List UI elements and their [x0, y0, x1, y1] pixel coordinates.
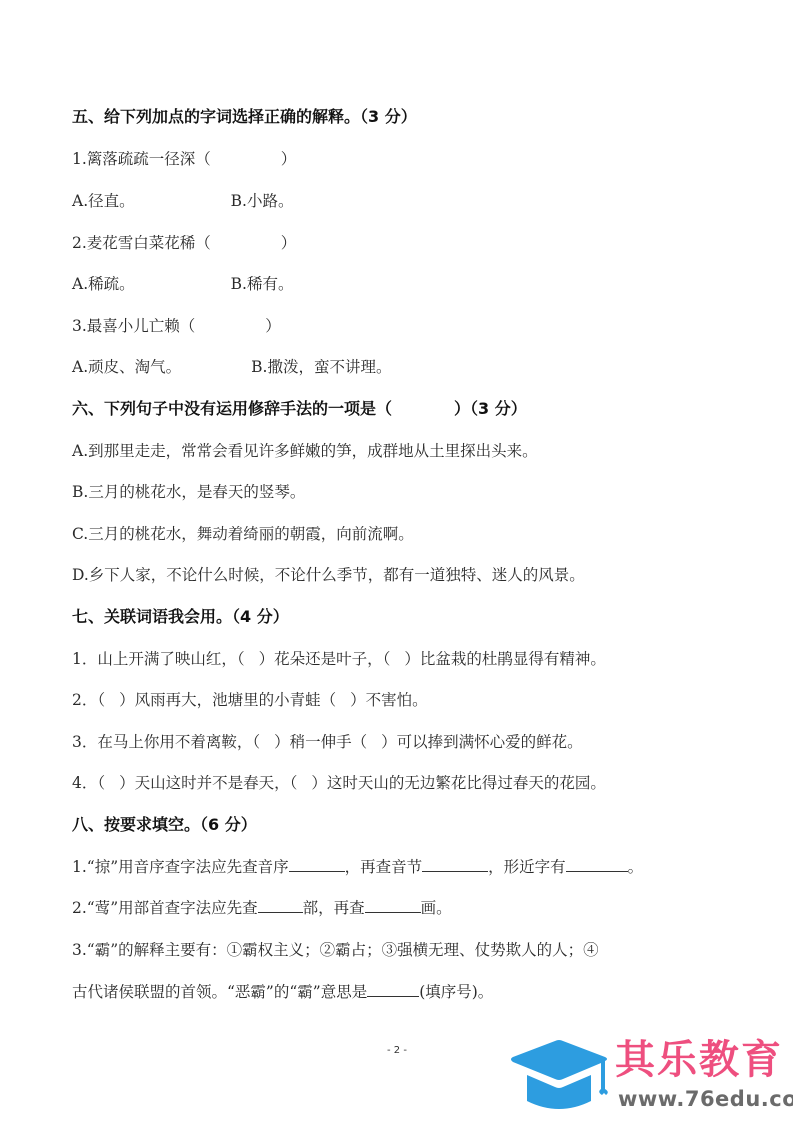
- page-number: - 2 -: [387, 1045, 407, 1056]
- text-part: 2．（: [72, 691, 105, 709]
- question-text: 2.麦花雪白菜花稀（: [72, 234, 211, 252]
- brand-name: 其乐教育: [615, 1037, 783, 1083]
- title-prefix: 六、下列句子中没有运用修辞手法的一项是（: [72, 399, 392, 418]
- text-part: 1．山上开满了映山红，（: [72, 650, 245, 668]
- question-8-2: 2.“莺”用部首查字法应先查部，再查画。: [72, 898, 452, 918]
- option-a: A.顽皮、淘气。: [72, 358, 181, 376]
- question-8-3-line2: 古代诸侯联盟的首领。“恶霸”的“霸”意思是(填序号)。: [72, 982, 493, 1002]
- options-5-1: A.径直。B.小路。: [72, 191, 293, 211]
- close-paren: ）: [281, 234, 297, 252]
- text-part: ）比盆栽的杜鹃显得有精神。: [404, 650, 606, 668]
- question-text: 1.篱落疏疏一径深（: [72, 150, 211, 168]
- question-5-2: 2.麦花雪白菜花稀（）: [72, 233, 296, 253]
- question-8-3-line1: 3.“霸”的解释主要有：①霸权主义；②霸占；③强横无理、仗势欺人的人；④: [72, 940, 599, 960]
- option-b: B.撒泼，蛮不讲理。: [251, 358, 391, 376]
- text-part: ）风雨再大，池塘里的小青蛙（: [119, 691, 336, 709]
- option-6-a: A.到那里走走，常常会看见许多鲜嫩的笋，成群地从土里探出头来。: [72, 441, 538, 461]
- text-part: ）花朵还是叶子，（: [259, 650, 391, 668]
- title-suffix: ）（3 分）: [454, 399, 527, 418]
- text-part: 2.“莺”用部首查字法应先查: [72, 899, 258, 917]
- section-7-title: 七、关联词语我会用。（4 分）: [72, 607, 289, 627]
- text-part: ）天山这时并不是春天，（: [119, 774, 297, 792]
- question-7-3: 3．在马上你用不着离鞍，（）稍一伸手（）可以捧到满怀心爱的鲜花。: [72, 732, 583, 752]
- text-part: 1.“掠”用音序查字法应先查音序: [72, 858, 289, 876]
- text-part: ）可以捧到满怀心爱的鲜花。: [381, 733, 583, 751]
- text-part: ）这时天山的无边繁花比得过春天的花园。: [311, 774, 606, 792]
- text-part: 4．（: [72, 774, 105, 792]
- text-part: ）稍一伸手（: [274, 733, 367, 751]
- option-6-b: B.三月的桃花水，是春天的竖琴。: [72, 482, 305, 502]
- question-5-3: 3.最喜小儿亡赖（）: [72, 316, 281, 336]
- text-part: ）不害怕。: [350, 691, 428, 709]
- graduation-cap-icon: [505, 1035, 613, 1115]
- question-text: 3.最喜小儿亡赖（: [72, 317, 195, 335]
- answer-blank[interactable]: [566, 857, 628, 872]
- text-part: 画。: [421, 899, 452, 917]
- option-b: B.稀有。: [231, 275, 294, 293]
- section-6-title: 六、下列句子中没有运用修辞手法的一项是（）（3 分）: [72, 399, 527, 419]
- text-part: 。: [628, 858, 644, 876]
- question-7-2: 2．（）风雨再大，池塘里的小青蛙（）不害怕。: [72, 690, 428, 710]
- question-7-1: 1．山上开满了映山红，（）花朵还是叶子，（）比盆栽的杜鹃显得有精神。: [72, 649, 606, 669]
- answer-blank[interactable]: [289, 857, 345, 872]
- brand-logo: 其乐教育 www.76edu.com: [505, 1035, 790, 1117]
- text-part: (填序号)。: [419, 983, 493, 1001]
- question-7-4: 4．（）天山这时并不是春天，（）这时天山的无边繁花比得过春天的花园。: [72, 773, 606, 793]
- options-5-3: A.顽皮、淘气。B.撒泼，蛮不讲理。: [72, 357, 391, 377]
- section-8-title: 八、按要求填空。（6 分）: [72, 815, 257, 835]
- text-part: ，再查音节: [345, 858, 423, 876]
- option-b: B.小路。: [231, 192, 294, 210]
- text-part: 3．在马上你用不着离鞍，（: [72, 733, 260, 751]
- text-part: ，形近字有: [488, 858, 566, 876]
- question-8-1: 1.“掠”用音序查字法应先查音序，再查音节，形近字有。: [72, 857, 643, 877]
- answer-blank[interactable]: [258, 898, 303, 913]
- text-part: 部，再查: [303, 899, 365, 917]
- brand-url: www.76edu.com: [618, 1087, 793, 1111]
- option-6-c: C.三月的桃花水，舞动着绮丽的朝霞，向前流啊。: [72, 524, 414, 544]
- text-part: 古代诸侯联盟的首领。“恶霸”的“霸”意思是: [72, 983, 367, 1001]
- section-5-title: 五、给下列加点的字词选择正确的解释。（3 分）: [72, 107, 417, 127]
- question-5-1: 1.篱落疏疏一径深（）: [72, 149, 296, 169]
- option-6-d: D.乡下人家，不论什么时候，不论什么季节，都有一道独特、迷人的风景。: [72, 565, 585, 585]
- option-a: A.稀疏。: [72, 275, 135, 293]
- answer-blank[interactable]: [422, 857, 488, 872]
- option-a: A.径直。: [72, 192, 135, 210]
- options-5-2: A.稀疏。B.稀有。: [72, 274, 293, 294]
- close-paren: ）: [281, 150, 297, 168]
- answer-blank[interactable]: [365, 898, 421, 913]
- answer-blank[interactable]: [367, 982, 419, 997]
- close-paren: ）: [265, 317, 281, 335]
